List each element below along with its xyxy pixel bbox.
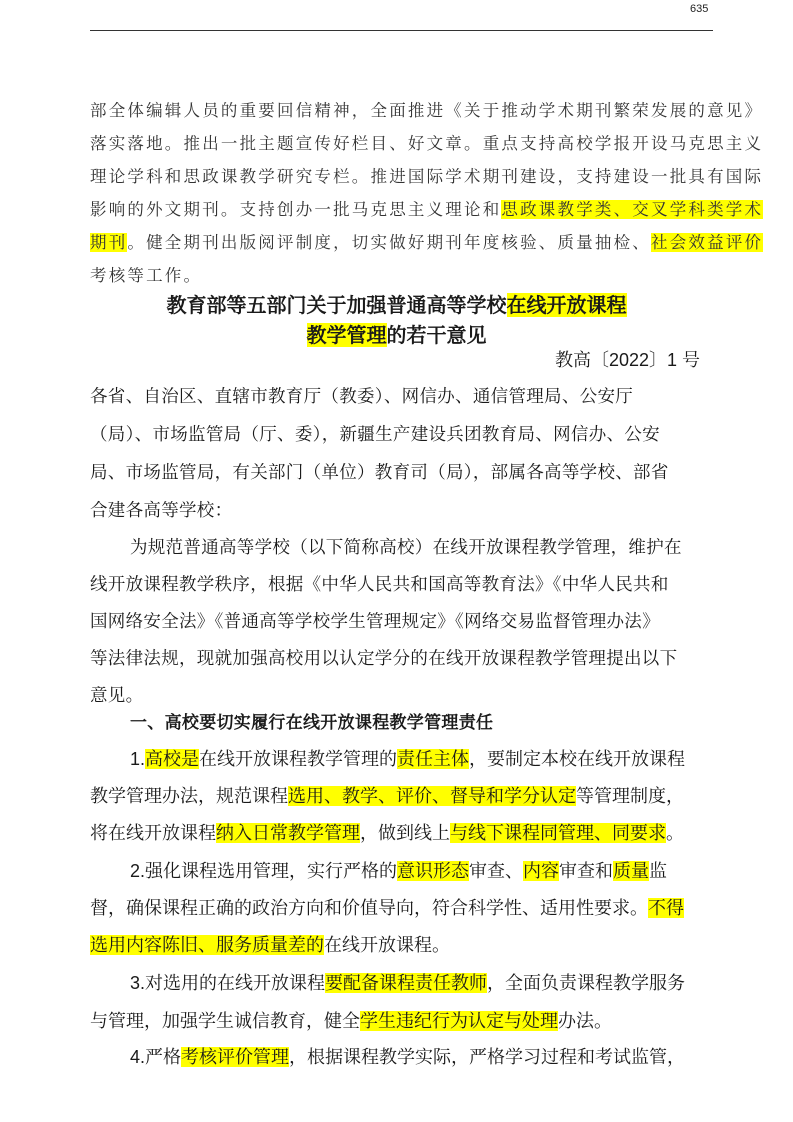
text-run: 国网络安全法》《普通高等学校学生管理规定》《网络交易监督管理办法》 xyxy=(90,612,660,632)
highlighted-text: 教学管理 xyxy=(307,323,387,347)
prev-section-line: 部全体编辑人员的重要回信精神，全面推进《关于推动学术期刊繁荣发展的意见》 xyxy=(90,100,715,122)
preamble-line: 线开放课程教学秩序，根据《中华人民共和国高等教育法》《中华人民共和 xyxy=(90,574,715,596)
highlighted-text: 内容 xyxy=(523,861,559,881)
item-1-line: 将在线开放课程纳入日常教学管理，做到线上与线下课程同管理、同要求。 xyxy=(90,822,715,844)
text-run: 为规范普通高等学校（以下简称高校）在线开放课程教学管理，维护在 xyxy=(130,538,682,558)
item-1-line: 教学管理办法，规范课程选用、教学、评价、督导和学分认定等管理制度， xyxy=(90,785,715,807)
item-2-line: 选用内容陈旧、服务质量差的在线开放课程。 xyxy=(90,934,715,956)
text-run: 。健全期刊出版阅评制度，切实做好期刊年度核验、质量抽检、 xyxy=(127,233,651,252)
item-1-line: 1.高校是在线开放课程教学管理的责任主体，要制定本校在线开放课程 xyxy=(90,748,755,770)
highlighted-text: 质量 xyxy=(613,861,649,881)
text-run: 将在线开放课程 xyxy=(90,823,216,843)
addressee-line: 合建各高等学校： xyxy=(90,500,715,522)
text-run: 审查、 xyxy=(469,861,523,881)
highlighted-text: 思政课教学类、交叉学科类学术 xyxy=(501,200,763,219)
text-run: ，全面负责课程教学服务 xyxy=(487,973,685,993)
highlighted-text: 学生违纪行为认定与处理 xyxy=(360,1011,558,1031)
text-run: 4.严格 xyxy=(130,1047,181,1067)
text-run: 部全体编辑人员的重要回信精神，全面推进《关于推动学术期刊繁荣发展的意见》 xyxy=(90,101,763,120)
text-run: 合建各高等学校： xyxy=(90,501,232,521)
text-run: ，要制定本校在线开放课程 xyxy=(469,749,685,769)
text-run: 线开放课程教学秩序，根据《中华人民共和国高等教育法》《中华人民共和 xyxy=(90,575,669,595)
text-run: 督，确保课程正确的政治方向和价值导向，符合科学性、适用性要求。 xyxy=(90,898,648,918)
text-run: 等管理制度， xyxy=(576,786,684,806)
text-run: ，根据课程教学实际，严格学习过程和考试监管， xyxy=(289,1047,685,1067)
text-run: 意见。 xyxy=(90,686,143,706)
highlighted-text: 意识形态 xyxy=(397,861,469,881)
text-run: 局、市场监管局，有关部门（单位）教育司（局），部属各高等学校、部省 xyxy=(90,463,669,483)
text-run: （局）、市场监管局（厅、委），新疆生产建设兵团教育局、网信办、公安 xyxy=(90,425,660,445)
text-run: 1. xyxy=(130,749,145,769)
highlighted-text: 责任主体 xyxy=(397,749,469,769)
highlighted-text: 期刊 xyxy=(90,233,127,252)
preamble-line: 国网络安全法》《普通高等学校学生管理规定》《网络交易监督管理办法》 xyxy=(90,611,715,633)
prev-section-line: 理论学科和思政课教学研究专栏。推进国际学术期刊建设，支持建设一批具有国际 xyxy=(90,166,715,188)
item-3-line: 与管理，加强学生诚信教育，健全学生违纪行为认定与处理办法。 xyxy=(90,1010,715,1032)
text-run: ，做到线上 xyxy=(360,823,450,843)
text-run: 办法。 xyxy=(558,1011,612,1031)
text-run: 与管理，加强学生诚信教育，健全 xyxy=(90,1011,360,1031)
preamble-line: 为规范普通高等学校（以下简称高校）在线开放课程教学管理，维护在 xyxy=(90,537,755,559)
addressee-line: 各省、自治区、直辖市教育厅（教委）、网信办、通信管理局、公安厅 xyxy=(90,386,715,408)
item-2-line: 2.强化课程选用管理，实行严格的意识形态审查、内容审查和质量监 xyxy=(90,860,755,882)
highlighted-text: 不得 xyxy=(648,898,684,918)
doc-number: 教高〔2022〕1 号 xyxy=(555,346,700,372)
prev-section-line: 影响的外文期刊。支持创办一批马克思主义理论和思政课教学类、交叉学科类学术 xyxy=(90,199,715,221)
highlighted-text: 社会效益评价 xyxy=(651,233,763,252)
page-number: 635 xyxy=(690,3,708,15)
text-run: 2.强化课程选用管理，实行严格的 xyxy=(130,861,397,881)
addressee-line: （局）、市场监管局（厅、委），新疆生产建设兵团教育局、网信办、公安 xyxy=(90,424,715,446)
text-run: 考核等工作。 xyxy=(90,266,202,285)
text-run: 影响的外文期刊。支持创办一批马克思主义理论和 xyxy=(90,200,501,219)
text-run: 监 xyxy=(649,861,667,881)
text-run: 教学管理办法，规范课程 xyxy=(90,786,288,806)
prev-section-line: 落实落地。推出一批主题宣传好栏目、好文章。重点支持高校学报开设马克思主义 xyxy=(90,133,715,155)
text-run: 在线开放课程教学管理的 xyxy=(199,749,397,769)
text-run: 各省、自治区、直辖市教育厅（教委）、网信办、通信管理局、公安厅 xyxy=(90,387,633,407)
text-run: 落实落地。推出一批主题宣传好栏目、好文章。重点支持高校学报开设马克思主义 xyxy=(90,134,763,153)
addressee-line: 局、市场监管局，有关部门（单位）教育司（局），部属各高等学校、部省 xyxy=(90,462,715,484)
highlighted-text: 选用、教学、评价、督导和学分认定 xyxy=(288,786,576,806)
highlighted-text: 考核评价管理 xyxy=(181,1047,289,1067)
text-run: 在线开放课程。 xyxy=(324,935,450,955)
prev-section-line: 期刊。健全期刊出版阅评制度，切实做好期刊年度核验、质量抽检、社会效益评价 xyxy=(90,232,715,254)
preamble-line: 意见。 xyxy=(90,685,715,707)
text-run: 3.对选用的在线开放课程 xyxy=(130,973,325,993)
text-run: 的若干意见 xyxy=(387,323,487,347)
highlighted-text: 与线下课程同管理、同要求 xyxy=(450,823,666,843)
text-run: 等法律法规，现就加强高校用以认定学分的在线开放课程教学管理提出以下 xyxy=(90,649,677,669)
highlighted-text: 高校是 xyxy=(145,749,199,769)
item-3-line: 3.对选用的在线开放课程要配备课程责任教师，全面负责课程教学服务 xyxy=(90,972,755,994)
highlighted-text: 纳入日常教学管理 xyxy=(216,823,360,843)
highlighted-text: 要配备课程责任教师 xyxy=(325,973,487,993)
text-run: 。 xyxy=(666,823,684,843)
item-2-line: 督，确保课程正确的政治方向和价值导向，符合科学性、适用性要求。不得 xyxy=(90,897,715,919)
text-run: 理论学科和思政课教学研究专栏。推进国际学术期刊建设，支持建设一批具有国际 xyxy=(90,167,763,186)
highlighted-text: 在线开放课程 xyxy=(507,293,627,317)
preamble-line: 等法律法规，现就加强高校用以认定学分的在线开放课程教学管理提出以下 xyxy=(90,648,715,670)
header-rule xyxy=(90,30,713,31)
highlighted-text: 选用内容陈旧、服务质量差的 xyxy=(90,935,324,955)
prev-section-line: 考核等工作。 xyxy=(90,265,715,287)
doc-title: 教育部等五部门关于加强普通高等学校在线开放课程 xyxy=(0,292,793,318)
text-run: 教育部等五部门关于加强普通高等学校 xyxy=(167,293,507,317)
item-4-line: 4.严格考核评价管理，根据课程教学实际，严格学习过程和考试监管， xyxy=(90,1046,755,1068)
section-heading: 一、高校要切实履行在线开放课程教学管理责任 xyxy=(90,712,755,734)
text-run: 审查和 xyxy=(559,861,613,881)
doc-title-line2: 教学管理的若干意见 xyxy=(0,322,793,348)
